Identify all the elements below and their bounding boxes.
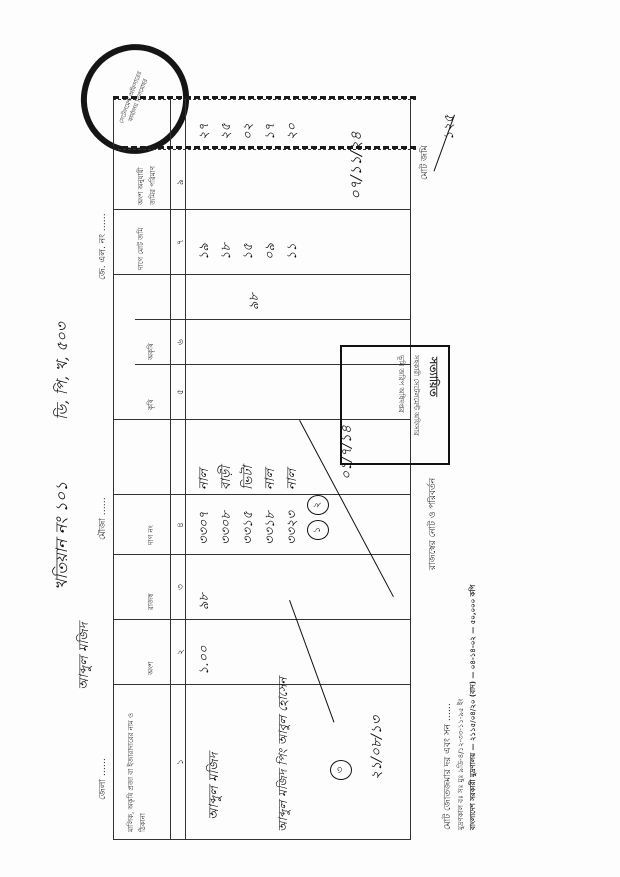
col-number: ৪ [173, 522, 188, 528]
row-plot: ৩৩১৮ [261, 511, 282, 545]
header-divider [170, 100, 171, 840]
row-class: নাল [261, 469, 282, 490]
row-share-area: ০২ [239, 123, 260, 140]
col-number: ৯ [173, 179, 188, 185]
col-number: ৬ [173, 339, 188, 345]
row-plot: ৩৩১৫ [239, 511, 260, 545]
row-plot: ৩৩২৩ [283, 511, 304, 545]
certified-stamp: সত্যায়িত সহকারী সেটেলমেন্ট অফিসার ভূমি … [340, 345, 450, 465]
circle-mark: ১ [307, 520, 329, 540]
jl-label: জে. এল. নং …… [95, 213, 110, 280]
footer-line-4: বাংলাদেশ সরকারী মুদ্রণালয় — ২১১৫/০৪/২০ … [467, 585, 479, 830]
col-header-share: অংশ [145, 662, 157, 675]
signature-date: ২১/০৮/১৩ [365, 716, 389, 780]
col-number: ৭ [173, 239, 188, 245]
col-border [113, 839, 410, 840]
col-border [135, 319, 410, 320]
col-header-nonagri: অকৃষি [145, 343, 157, 360]
district-label: জেলা …… [95, 758, 110, 800]
col-header-total: দাগে মোট জমি [135, 212, 147, 270]
row-nonagri-note: ৯৮ [245, 293, 266, 310]
col-border [113, 494, 410, 495]
col-header-plot: দাগ নং [145, 525, 157, 545]
owner-name: আব্দুল মজিদ [205, 752, 226, 820]
col-border [113, 554, 410, 555]
row-class: নাল [283, 469, 304, 490]
circle-mark: ৩ [330, 760, 352, 780]
stamp-title: সত্যায়িত [423, 357, 442, 397]
record-title: খতিয়ান নং ১০১ [49, 482, 76, 590]
mouza-label: মৌজা …… [95, 497, 110, 540]
row-area: ০৯ [261, 243, 282, 260]
row-class: ভিটা [239, 466, 260, 490]
district-handwritten: আব্দুল মজিদ [75, 622, 96, 690]
colnum-divider [185, 100, 186, 840]
row-class: নাল [195, 469, 216, 490]
row-plot: ৩৩০৭ [195, 511, 216, 545]
row-class: বাড়ী [217, 466, 238, 490]
total-label: মোট জমি [417, 145, 432, 180]
handwritten-note: আব্দুল মজিদ পিং আবুল হোসেন [275, 677, 295, 832]
col-number: ৫ [173, 389, 188, 395]
row-share: ১.০০ [195, 646, 216, 675]
footer-line-3: মুদ্রণকাল বঃ সঃ মুঃ ৯ডি-৪/১২-৩৩-১১-৯৫ ইং [455, 699, 467, 830]
row-share-area: ১৭ [261, 123, 282, 140]
row-area: ১১ [283, 243, 304, 260]
row-area: ১৫ [239, 243, 260, 260]
stamp-line: ভূমি জরিপ অধিদপ্তর [395, 355, 407, 413]
row-share-area: ২০ [283, 123, 304, 140]
owner-header: মালিক, অকৃষি প্রজা বা ইজারাদারের নাম ও ঠ… [125, 692, 149, 832]
row-share-area: ২৫ [217, 123, 238, 140]
col-border [113, 619, 410, 620]
row-revenue: ৯৮ [195, 593, 216, 610]
col-header-revenue: রাজস্ব [145, 594, 157, 610]
col-header-agri: কৃষি [145, 399, 157, 410]
stamp-line: সহকারী সেটেলমেন্ট অফিসার [410, 355, 422, 436]
col-border [113, 274, 410, 275]
col-header-share-area: অংশ অনুযায়ী জমির পরিমাণ [135, 150, 159, 205]
col-border [113, 684, 410, 685]
row-area: ১৯ [195, 243, 216, 260]
circle-mark: ২ [307, 495, 329, 515]
footer-line-2: রাজস্বের নোট ও পরিবর্তন [425, 478, 440, 570]
row-area: ১৮ [217, 243, 238, 260]
footer-line-1: মোট জোতজমার দর এবং সন …… [440, 703, 455, 830]
col-number: ২ [173, 649, 188, 655]
scanned-page: সেটেলমেন্ট অফিসারের কার্যালয় সিলমোহর খত… [0, 0, 620, 877]
row-plot: ৩৩০৮ [217, 511, 238, 545]
signature-date: ০৭/১১/২৪ [345, 131, 370, 200]
col-border [113, 209, 410, 210]
col-number: ৩ [173, 584, 188, 590]
col-border [113, 96, 416, 100]
col-number: ১ [173, 759, 188, 765]
table-bottom-border [410, 100, 411, 840]
form-code: ডি, পি, খ, ৫০৩ [51, 322, 76, 420]
table-top-border [113, 100, 114, 840]
row-share-area: ২৭ [195, 123, 216, 140]
